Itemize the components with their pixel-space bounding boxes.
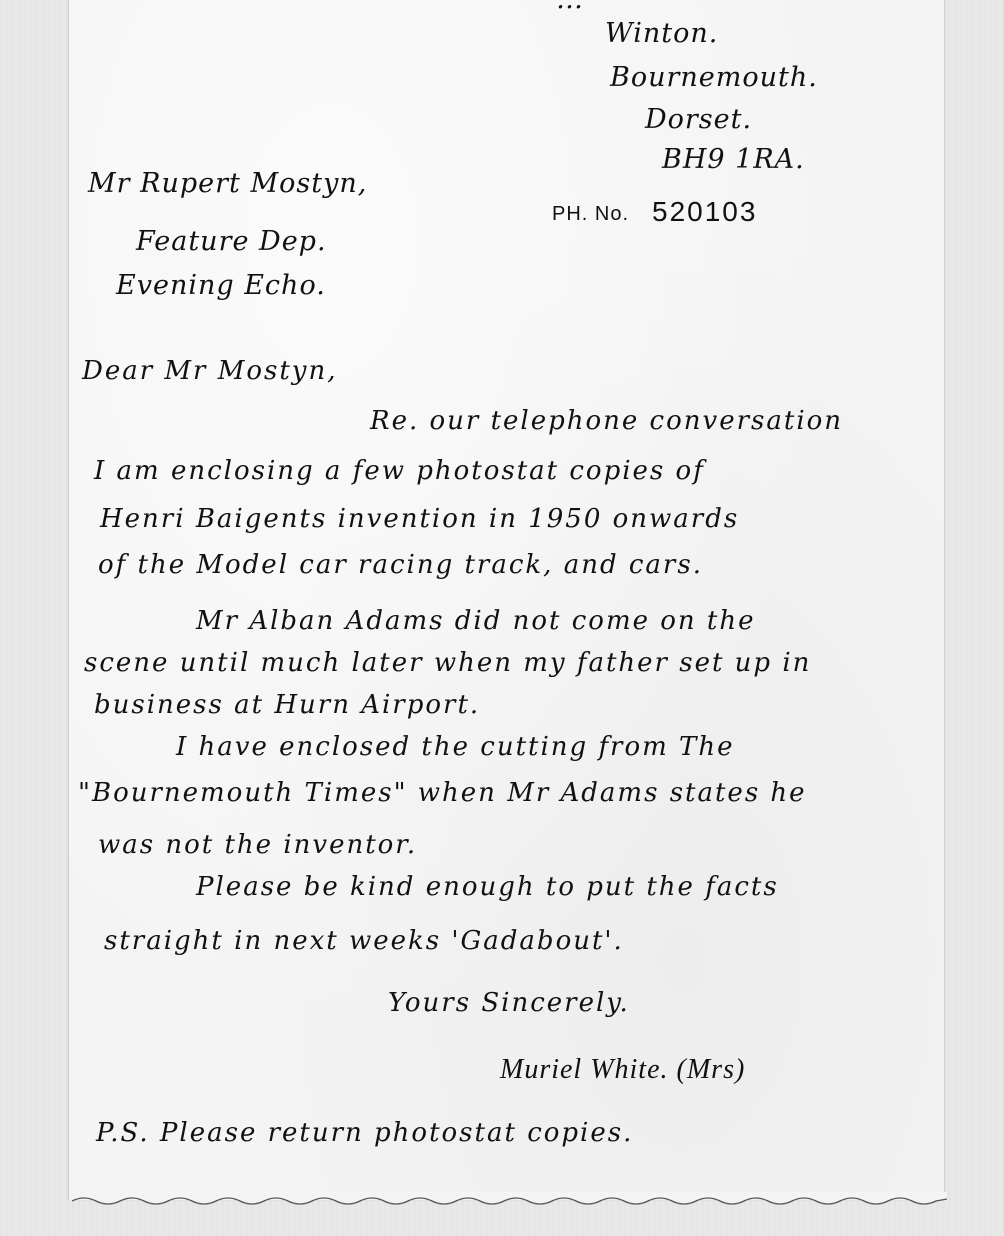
address-county: Dorset. — [645, 106, 752, 133]
recipient-publication: Evening Echo. — [116, 272, 326, 299]
address-district: Winton. — [605, 20, 718, 47]
body-line: business at Hurn Airport. — [94, 692, 480, 718]
recipient-department: Feature Dep. — [136, 228, 327, 255]
body-line: Please be kind enough to put the facts — [196, 874, 779, 900]
body-line: I have enclosed the cutting from The — [176, 734, 735, 760]
body-line: I am enclosing a few photostat copies of — [94, 458, 705, 484]
address-postcode: BH9 1RA. — [662, 146, 805, 173]
address-town: Bournemouth. — [610, 64, 818, 91]
body-line: was not the inventor. — [98, 832, 417, 858]
signature: Muriel White. (Mrs) — [500, 1056, 745, 1084]
closing: Yours Sincerely. — [388, 990, 630, 1016]
postscript: P.S. Please return photostat copies. — [96, 1120, 633, 1146]
body-line: scene until much later when my father se… — [84, 650, 811, 676]
body-line: Mr Alban Adams did not come on the — [196, 608, 756, 634]
body-line: straight in next weeks 'Gadabout'. — [104, 928, 624, 954]
body-line: of the Model car racing track, and cars. — [98, 552, 703, 578]
body-line: Henri Baigents invention in 1950 onwards — [100, 506, 739, 532]
salutation: Dear Mr Mostyn, — [82, 358, 338, 384]
body-line: "Bournemouth Times" when Mr Adams states… — [78, 780, 807, 806]
paper-torn-edge — [72, 1192, 947, 1208]
address-line-cut-off: … — [556, 0, 584, 13]
subject-line: Re. our telephone conversation — [370, 408, 843, 434]
phone-number: 520103 — [652, 198, 757, 226]
recipient-name: Mr Rupert Mostyn, — [88, 170, 367, 197]
phone-label: PH. No. — [552, 204, 629, 224]
